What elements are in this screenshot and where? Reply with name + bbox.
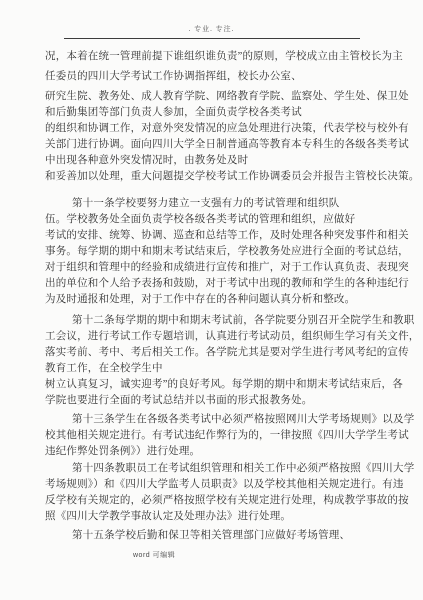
doc-line-article-11: 第十一条学校要努力建立一支强有力的考试管理和组织队 [45, 196, 403, 212]
doc-line-article-13: 第十三条学生在各级各类考试中必须严格按照网川大学考场规则》以及学 [45, 412, 403, 428]
doc-line-article-15: 第十五条学校后勤和保卫等相关管理部门应做好考场管理、 [45, 528, 403, 544]
doc-line: 和妥善加以处理，重大问题提交学校考试工作协调委员会并报告主管校长决策。 [45, 169, 403, 185]
doc-line: 中出现各种意外突发情况时，由教务处及时 [45, 153, 403, 169]
page-header: . 专业. 专注. [0, 0, 423, 39]
doc-line: 任委员的四川大学考试工作协调指挥组，校长办公室、 [45, 69, 403, 85]
doc-line: 对于组织和管理中的经验和成绩进行宣传和推广，对于工作认真负责、表现突 [45, 260, 403, 276]
header-rule [64, 38, 360, 39]
doc-line: 照《四川大学教学事故认定及处理办法》进行处理。 [45, 509, 403, 525]
doc-line-article-12: 第十二条每学期的期中和期末考试前，各学院要分别召开全院学生和教职 [45, 313, 403, 329]
doc-line: 伍。学校教务处全面负责学校各级各类考试的管理和组织，应做好 [45, 212, 403, 228]
doc-line: 事务。每学期的期中和期末考试结束后，学校教务处应进行全面的考试总结， [45, 244, 403, 260]
doc-line: 考试的安排、统筹、协调、巡查和总结等工作，及时处理各种突发事件和相关 [45, 228, 403, 244]
header-tagline: . 专业. 专注. [0, 25, 423, 33]
doc-line: 的组织和协调工作，对意外突发情况的应急处理进行决策，代表学校与校外有 [45, 121, 403, 137]
doc-line: 反学校有关规定的，必须严格按照学校有关规定进行处理，构成教学事故的按 [45, 493, 403, 509]
doc-line: 关部门进行协调。面向四川大学全日制普通高等教育本专科生的各级各类考试 [45, 137, 403, 153]
doc-line: 教育工作，在全校学生中 [45, 361, 403, 377]
doc-line: 研究生院、教务处、成人教育学院、网络教育学院、监察处、学生处、保卫处 [45, 89, 403, 105]
doc-line: 学院也要进行全面的考试总结并以书面的形式报教务处。 [45, 393, 403, 409]
doc-line: 违纪作弊处罚条例》）进行处理。 [45, 444, 403, 460]
doc-line: 落实考前、考中、考后相关工作。各学院尤其是要对学生进行考风考纪的宣传 [45, 345, 403, 361]
doc-line: 考场规则》）和《四川大学监考人员职责》以及学校其他相关规定进行。有违 [45, 477, 403, 493]
doc-line: 树立认真复习，诚实迎考”的良好考风。每学期的期中和期末考试结束后，各 [45, 377, 403, 393]
document-body: 况，本着在统一管理前提下谁组织谁负责”的原则，学校成立由主管校长为主 任委员的四… [0, 49, 423, 544]
doc-line: 工会议，进行考试工作专题培训，认真进行考试动员，组织师生学习有关文件， [45, 329, 403, 345]
doc-line-article-14: 第十四条教职员工在考试组织管理和相关工作中必须严格按照《四川大学 [45, 461, 403, 477]
doc-line: 出的单位和个人给予表扬和鼓励，对于考试中出现的教师和学生的各种违纪行 [45, 276, 403, 292]
doc-line: 校其他相关规定进行。有考试违纪作弊行为的，一律按照《四川大学学生考试 [45, 428, 403, 444]
document-page: . 专业. 专注. 况，本着在统一管理前提下谁组织谁负责”的原则，学校成立由主管… [0, 0, 423, 600]
doc-line: 况，本着在统一管理前提下谁组织谁负责”的原则，学校成立由主管校长为主 [45, 49, 403, 65]
doc-line: 和后勤集团等部门负责人参加，全面负责学校各类考试 [45, 105, 403, 121]
word-editable-watermark: word 可编辑 [133, 551, 175, 560]
doc-line: 为及时通报和处理，对于工作中存在的各种问题认真分析和整改。 [45, 292, 403, 308]
